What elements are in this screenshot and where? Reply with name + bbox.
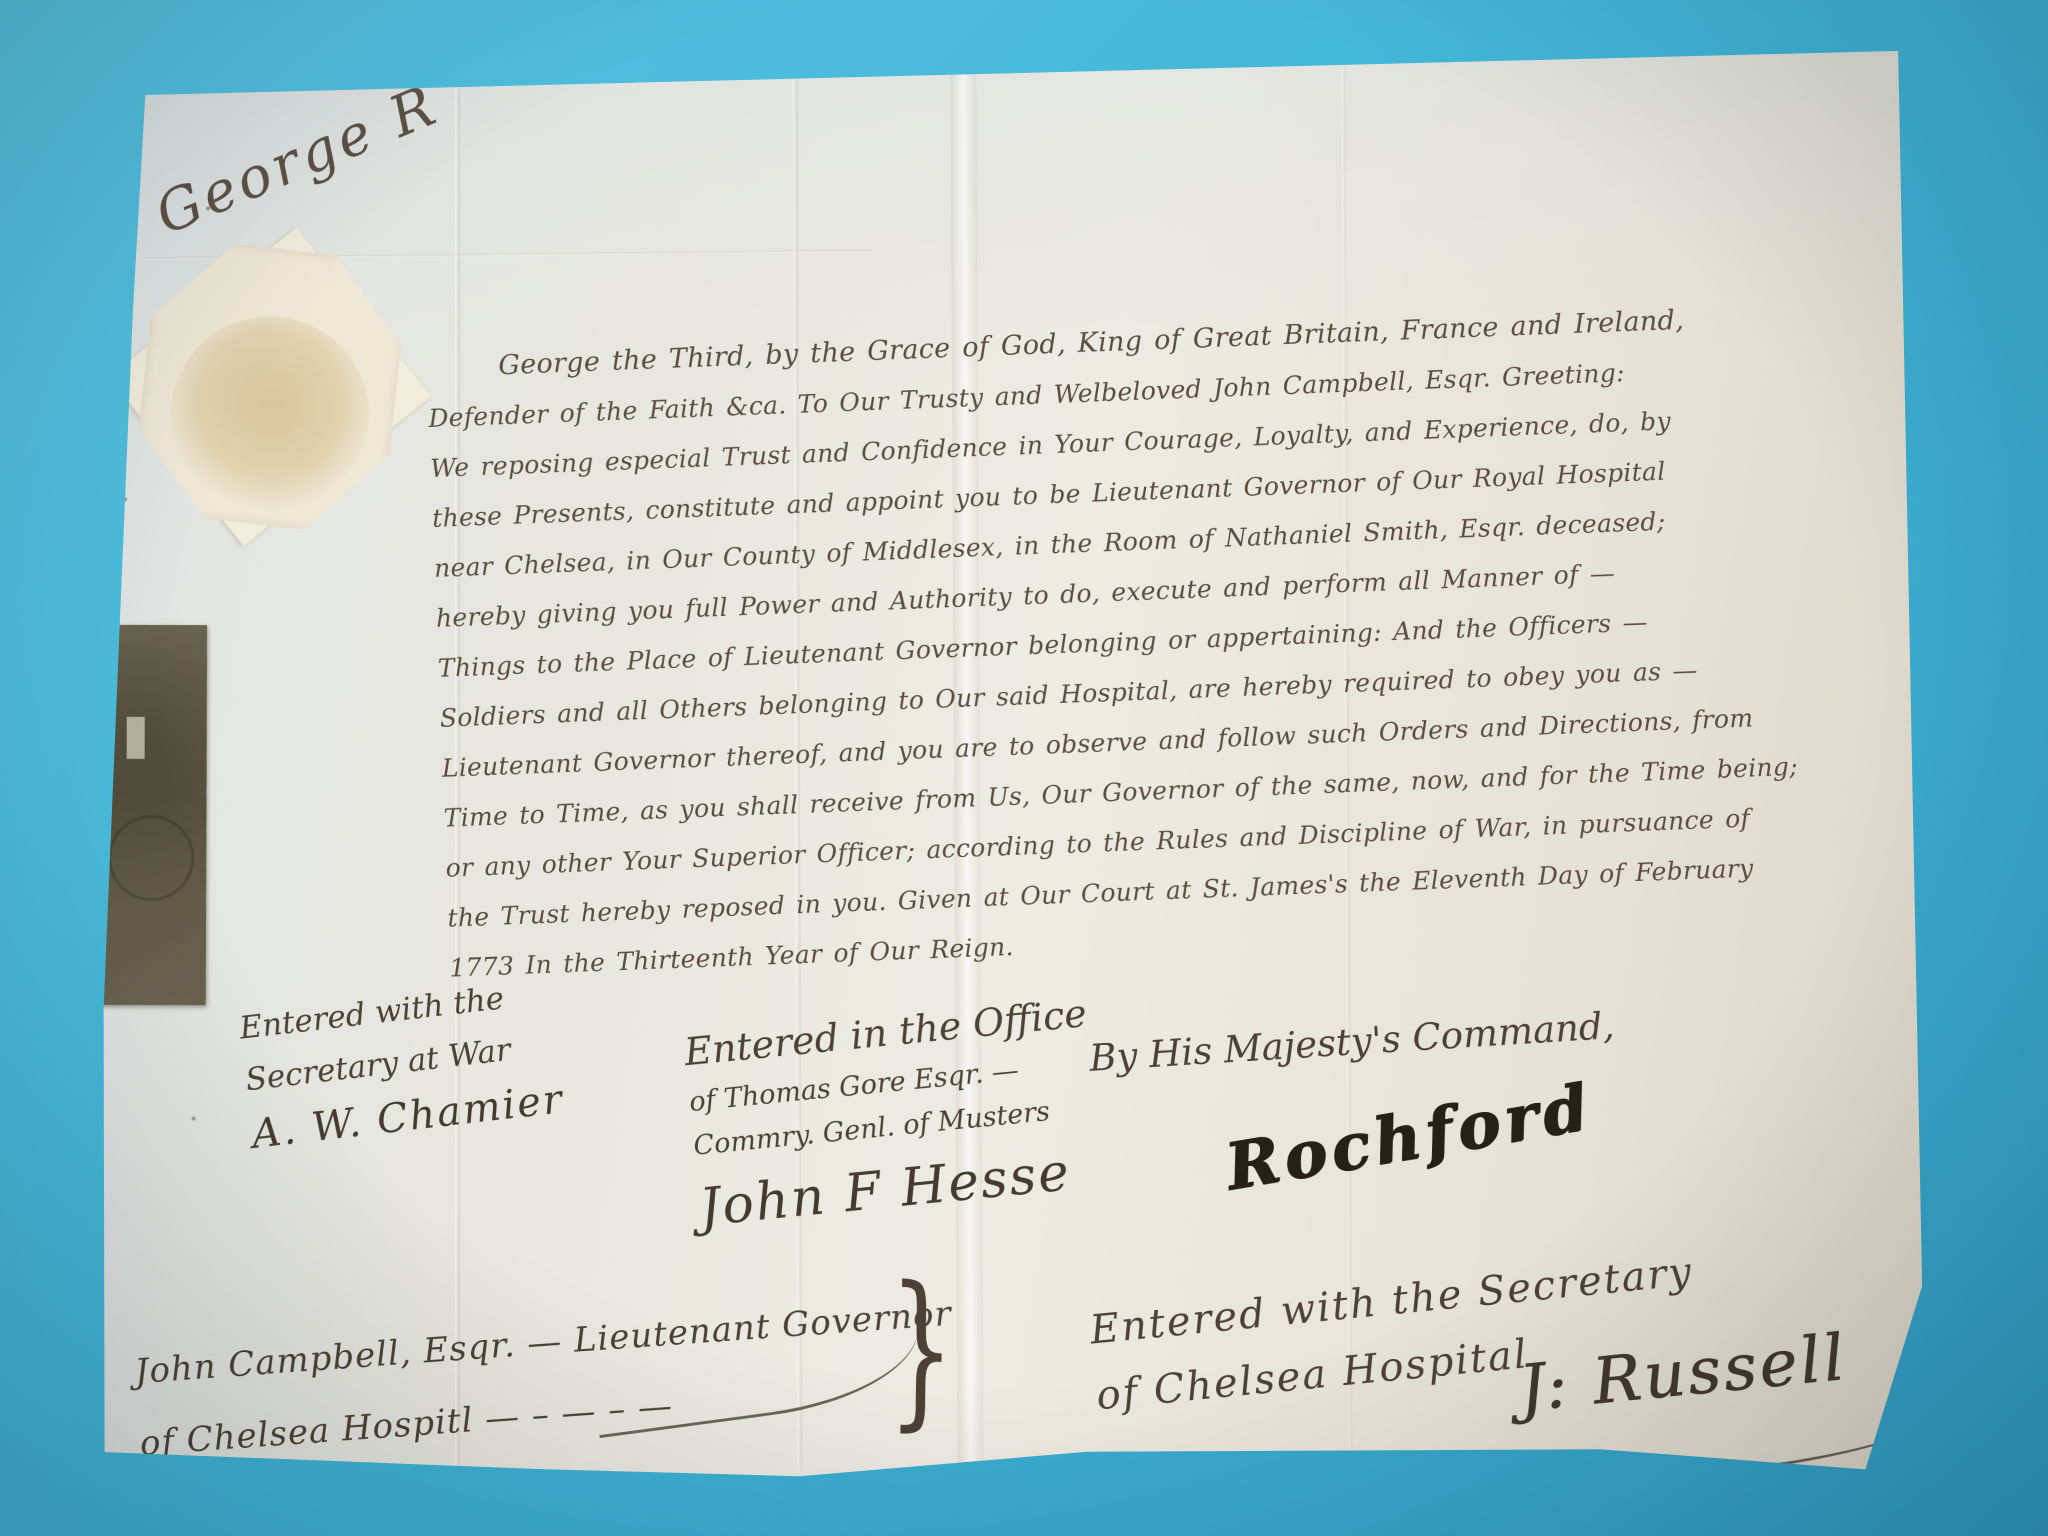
paper-speck bbox=[112, 587, 116, 591]
command-line: By His Majesty's Command, bbox=[1088, 1004, 1615, 1080]
paper-speck bbox=[192, 1117, 196, 1121]
revenue-stamp bbox=[94, 625, 207, 1005]
stamp-ring bbox=[108, 815, 194, 901]
photo-of-document: George R George the Third, by the Grace … bbox=[0, 0, 2048, 1536]
war-office-entry: Entered with the Secretary at War A. W. … bbox=[237, 967, 567, 1164]
musters-office-entry: Entered in the Office of Thomas Gore Esq… bbox=[682, 984, 1106, 1248]
paper-speck bbox=[114, 405, 118, 409]
docket-note: John Campbell, Esqr. — Lieutenant Govern… bbox=[132, 1278, 959, 1480]
paper-speck bbox=[117, 315, 121, 319]
paper-wafer-seal bbox=[121, 227, 420, 547]
royal-signature-george-r: George R bbox=[147, 73, 448, 248]
stamp-mark bbox=[127, 717, 145, 759]
signature-flourish bbox=[1498, 1416, 1930, 1495]
parchment-document: George R George the Third, by the Grace … bbox=[85, 46, 1932, 1493]
rochford-signature: Rochford bbox=[1220, 1069, 1597, 1205]
commission-body-text: George the Third, by the Grace of God, K… bbox=[426, 292, 1805, 994]
